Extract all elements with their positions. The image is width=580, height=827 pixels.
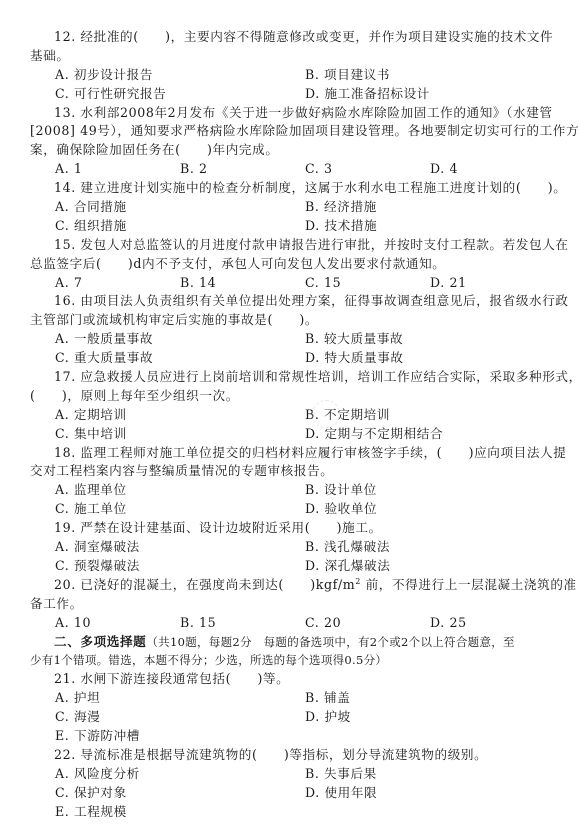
- q19-option-a: A. 洞室爆破法: [55, 538, 140, 557]
- q22-options-row1: A. 风险度分析 B. 失事后果: [30, 765, 554, 784]
- q22-options-row2: C. 保护对象 D. 使用年限: [30, 784, 554, 803]
- section2-header-line2: 少有1个错项。错选，本题不得分；少选，所选的每个选项得0.5分）: [30, 651, 554, 670]
- q13-stem-line3: 案，确保除险加固任务在( )年内完成。: [30, 141, 554, 160]
- q14-option-d: D. 技术措施: [305, 217, 377, 236]
- q21-option-a: A. 护坦: [55, 689, 100, 708]
- q20-stem-line2: 备工作。: [30, 595, 554, 614]
- q18-options-row2: C. 施工单位 D. 验收单位: [30, 500, 554, 519]
- q21-options-row1: A. 护坦 B. 铺盖: [30, 689, 554, 708]
- q22-option-c: C. 保护对象: [55, 784, 127, 803]
- q14-option-c: C. 组织措施: [55, 217, 127, 236]
- q17-stem-line1: 17. 应急救援人员应进行上岗前培训和常规性培训，培训工作应结合实际，采取多种形…: [30, 368, 554, 387]
- q12-options-row1: A. 初步设计报告 B. 项目建议书: [30, 66, 554, 85]
- exam-page: 12. 经批准的( )，主要内容不得随意修改或变更，并作为项目建设实施的技术文件…: [30, 28, 554, 821]
- q18-option-d: D. 验收单位: [305, 500, 377, 519]
- q13-option-d: D. 4: [430, 160, 458, 179]
- q15-option-b: B. 14: [180, 274, 216, 293]
- q12-option-d: D. 施工准备招标设计: [305, 85, 430, 104]
- q14-option-a: A. 合同措施: [55, 198, 127, 217]
- q17-options-row2: C. 集中培训 D. 定期与不定期相结合: [30, 425, 554, 444]
- q15-option-d: D. 21: [430, 274, 467, 293]
- q16-option-c: C. 重大质量事故: [55, 349, 153, 368]
- q19-option-c: C. 预裂爆破法: [55, 557, 140, 576]
- q21-option-e: E. 下游防冲槽: [55, 727, 140, 746]
- q13-options-row: A. 1 B. 2 C. 3 D. 4: [30, 160, 554, 179]
- q12-stem-line2: 基础。: [30, 47, 554, 66]
- q22-option-b: B. 失事后果: [305, 765, 377, 784]
- q15-stem-line2: 总监签字后( )d内不予支付，承包人可向发包人发出要求付款通知。: [30, 255, 554, 274]
- q16-stem-line1: 16. 由项目法人负责组织有关单位提出处理方案，征得事故调查组意见后，报省级水行…: [30, 292, 554, 311]
- q18-options-row1: A. 监理单位 B. 设计单位: [30, 481, 554, 500]
- q15-option-c: C. 15: [305, 274, 341, 293]
- q17-option-a: A. 定期培训: [55, 406, 127, 425]
- q21-option-b: B. 铺盖: [305, 689, 350, 708]
- section2-header-line1: 二、多项选择题（共10题，每题2分 每题的备选项中，有2个或2个以上符合题意，至: [30, 633, 554, 652]
- q20-stem-part-a: 20. 已浇好的混凝土，在强度尚未到达( )kgf/m: [54, 577, 355, 592]
- q15-option-a: A. 7: [55, 274, 83, 293]
- q19-option-b: B. 浅孔爆破法: [305, 538, 390, 557]
- q16-stem-line2: 主管部门或流域机构审定后实施的事故是( )。: [30, 311, 554, 330]
- q13-option-a: A. 1: [55, 160, 83, 179]
- q19-options-row2: C. 预裂爆破法 D. 深孔爆破法: [30, 557, 554, 576]
- q20-option-b: B. 15: [180, 614, 216, 633]
- q14-stem-line1: 14. 建立进度计划实施中的检查分析制度，这属于水利水电工程施工进度计划的( )…: [30, 179, 554, 198]
- q16-option-a: A. 一般质量事故: [55, 330, 153, 349]
- q17-options-row1: A. 定期培训 B. 不定期培训: [30, 406, 554, 425]
- q22-options-row3: E. 工程规模: [30, 803, 554, 822]
- section2-desc-part1: （共10题，每题2分 每题的备选项中，有2个或2个以上符合题意，至: [146, 635, 514, 649]
- q20-option-c: C. 20: [305, 614, 341, 633]
- q22-stem-line1: 22. 导流标准是根据导流建筑物的( )等指标，划分导流建筑物的级别。: [30, 746, 554, 765]
- q21-stem-line1: 21. 水闸下游连接段通常包括( )等。: [30, 670, 554, 689]
- q22-option-d: D. 使用年限: [305, 784, 377, 803]
- q21-options-row3: E. 下游防冲槽: [30, 727, 554, 746]
- q12-option-a: A. 初步设计报告: [55, 66, 153, 85]
- q19-stem-line1: 19. 严禁在设计建基面、设计边坡附近采用( )施工。: [30, 519, 554, 538]
- q20-options-row: A. 10 B. 15 C. 20 D. 25: [30, 614, 554, 633]
- q13-stem-line2: [2008] 49号），通知要求严格病险水库除险加固项目建设管理。各地要制定切实…: [30, 122, 554, 141]
- q12-stem-line1: 12. 经批准的( )，主要内容不得随意修改或变更，并作为项目建设实施的技术文件: [30, 28, 554, 47]
- q14-options-row1: A. 合同措施 B. 经济措施: [30, 198, 554, 217]
- q20-stem-part-b: 前，不得进行上一层混凝土浇筑的准: [361, 577, 577, 592]
- q15-options-row: A. 7 B. 14 C. 15 D. 21: [30, 274, 554, 293]
- q12-option-c: C. 可行性研究报告: [55, 85, 166, 104]
- q18-option-a: A. 监理单位: [55, 481, 127, 500]
- q16-options-row2: C. 重大质量事故 D. 特大质量事故: [30, 349, 554, 368]
- q12-option-b: B. 项目建议书: [305, 66, 390, 85]
- q22-option-a: A. 风险度分析: [55, 765, 140, 784]
- q20-option-d: D. 25: [430, 614, 467, 633]
- q18-option-c: C. 施工单位: [55, 500, 127, 519]
- q13-option-b: B. 2: [180, 160, 208, 179]
- q21-options-row2: C. 海漫 D. 护坡: [30, 708, 554, 727]
- q21-option-d: D. 护坡: [305, 708, 351, 727]
- q21-option-c: C. 海漫: [55, 708, 100, 727]
- q14-options-row2: C. 组织措施 D. 技术措施: [30, 217, 554, 236]
- q17-stem-line2: ( )，原则上每年至少组织一次。: [30, 387, 554, 406]
- q19-options-row1: A. 洞室爆破法 B. 浅孔爆破法: [30, 538, 554, 557]
- q15-stem-line1: 15. 发包人对总监签认的月进度付款申请报告进行审批，并按时支付工程款。若发包人…: [30, 236, 554, 255]
- q18-stem-line2: 交对工程档案内容与整编质量情况的专题审核报告。: [30, 462, 554, 481]
- q16-option-d: D. 特大质量事故: [305, 349, 404, 368]
- q18-stem-line1: 18. 监理工程师对施工单位提交的归档材料应履行审核签字手续，( )应向项目法人…: [30, 444, 554, 463]
- section2-title: 二、多项选择题: [54, 634, 146, 649]
- q18-option-b: B. 设计单位: [305, 481, 377, 500]
- watermark-stamp-icon: [312, 400, 340, 428]
- q13-stem-line1: 13. 水利部2008年2月发布《关于进一步做好病险水库除险加固工作的通知》（水…: [30, 104, 554, 123]
- q19-option-d: D. 深孔爆破法: [305, 557, 390, 576]
- q20-option-a: A. 10: [55, 614, 91, 633]
- q20-stem-line1: 20. 已浇好的混凝土，在强度尚未到达( )kgf/m2 前，不得进行上一层混凝…: [30, 576, 554, 595]
- q16-option-b: B. 较大质量事故: [305, 330, 403, 349]
- q22-option-e: E. 工程规模: [55, 803, 127, 822]
- q12-options-row2: C. 可行性研究报告 D. 施工准备招标设计: [30, 85, 554, 104]
- q14-option-b: B. 经济措施: [305, 198, 377, 217]
- q16-options-row1: A. 一般质量事故 B. 较大质量事故: [30, 330, 554, 349]
- q13-option-c: C. 3: [305, 160, 333, 179]
- q17-option-c: C. 集中培训: [55, 425, 127, 444]
